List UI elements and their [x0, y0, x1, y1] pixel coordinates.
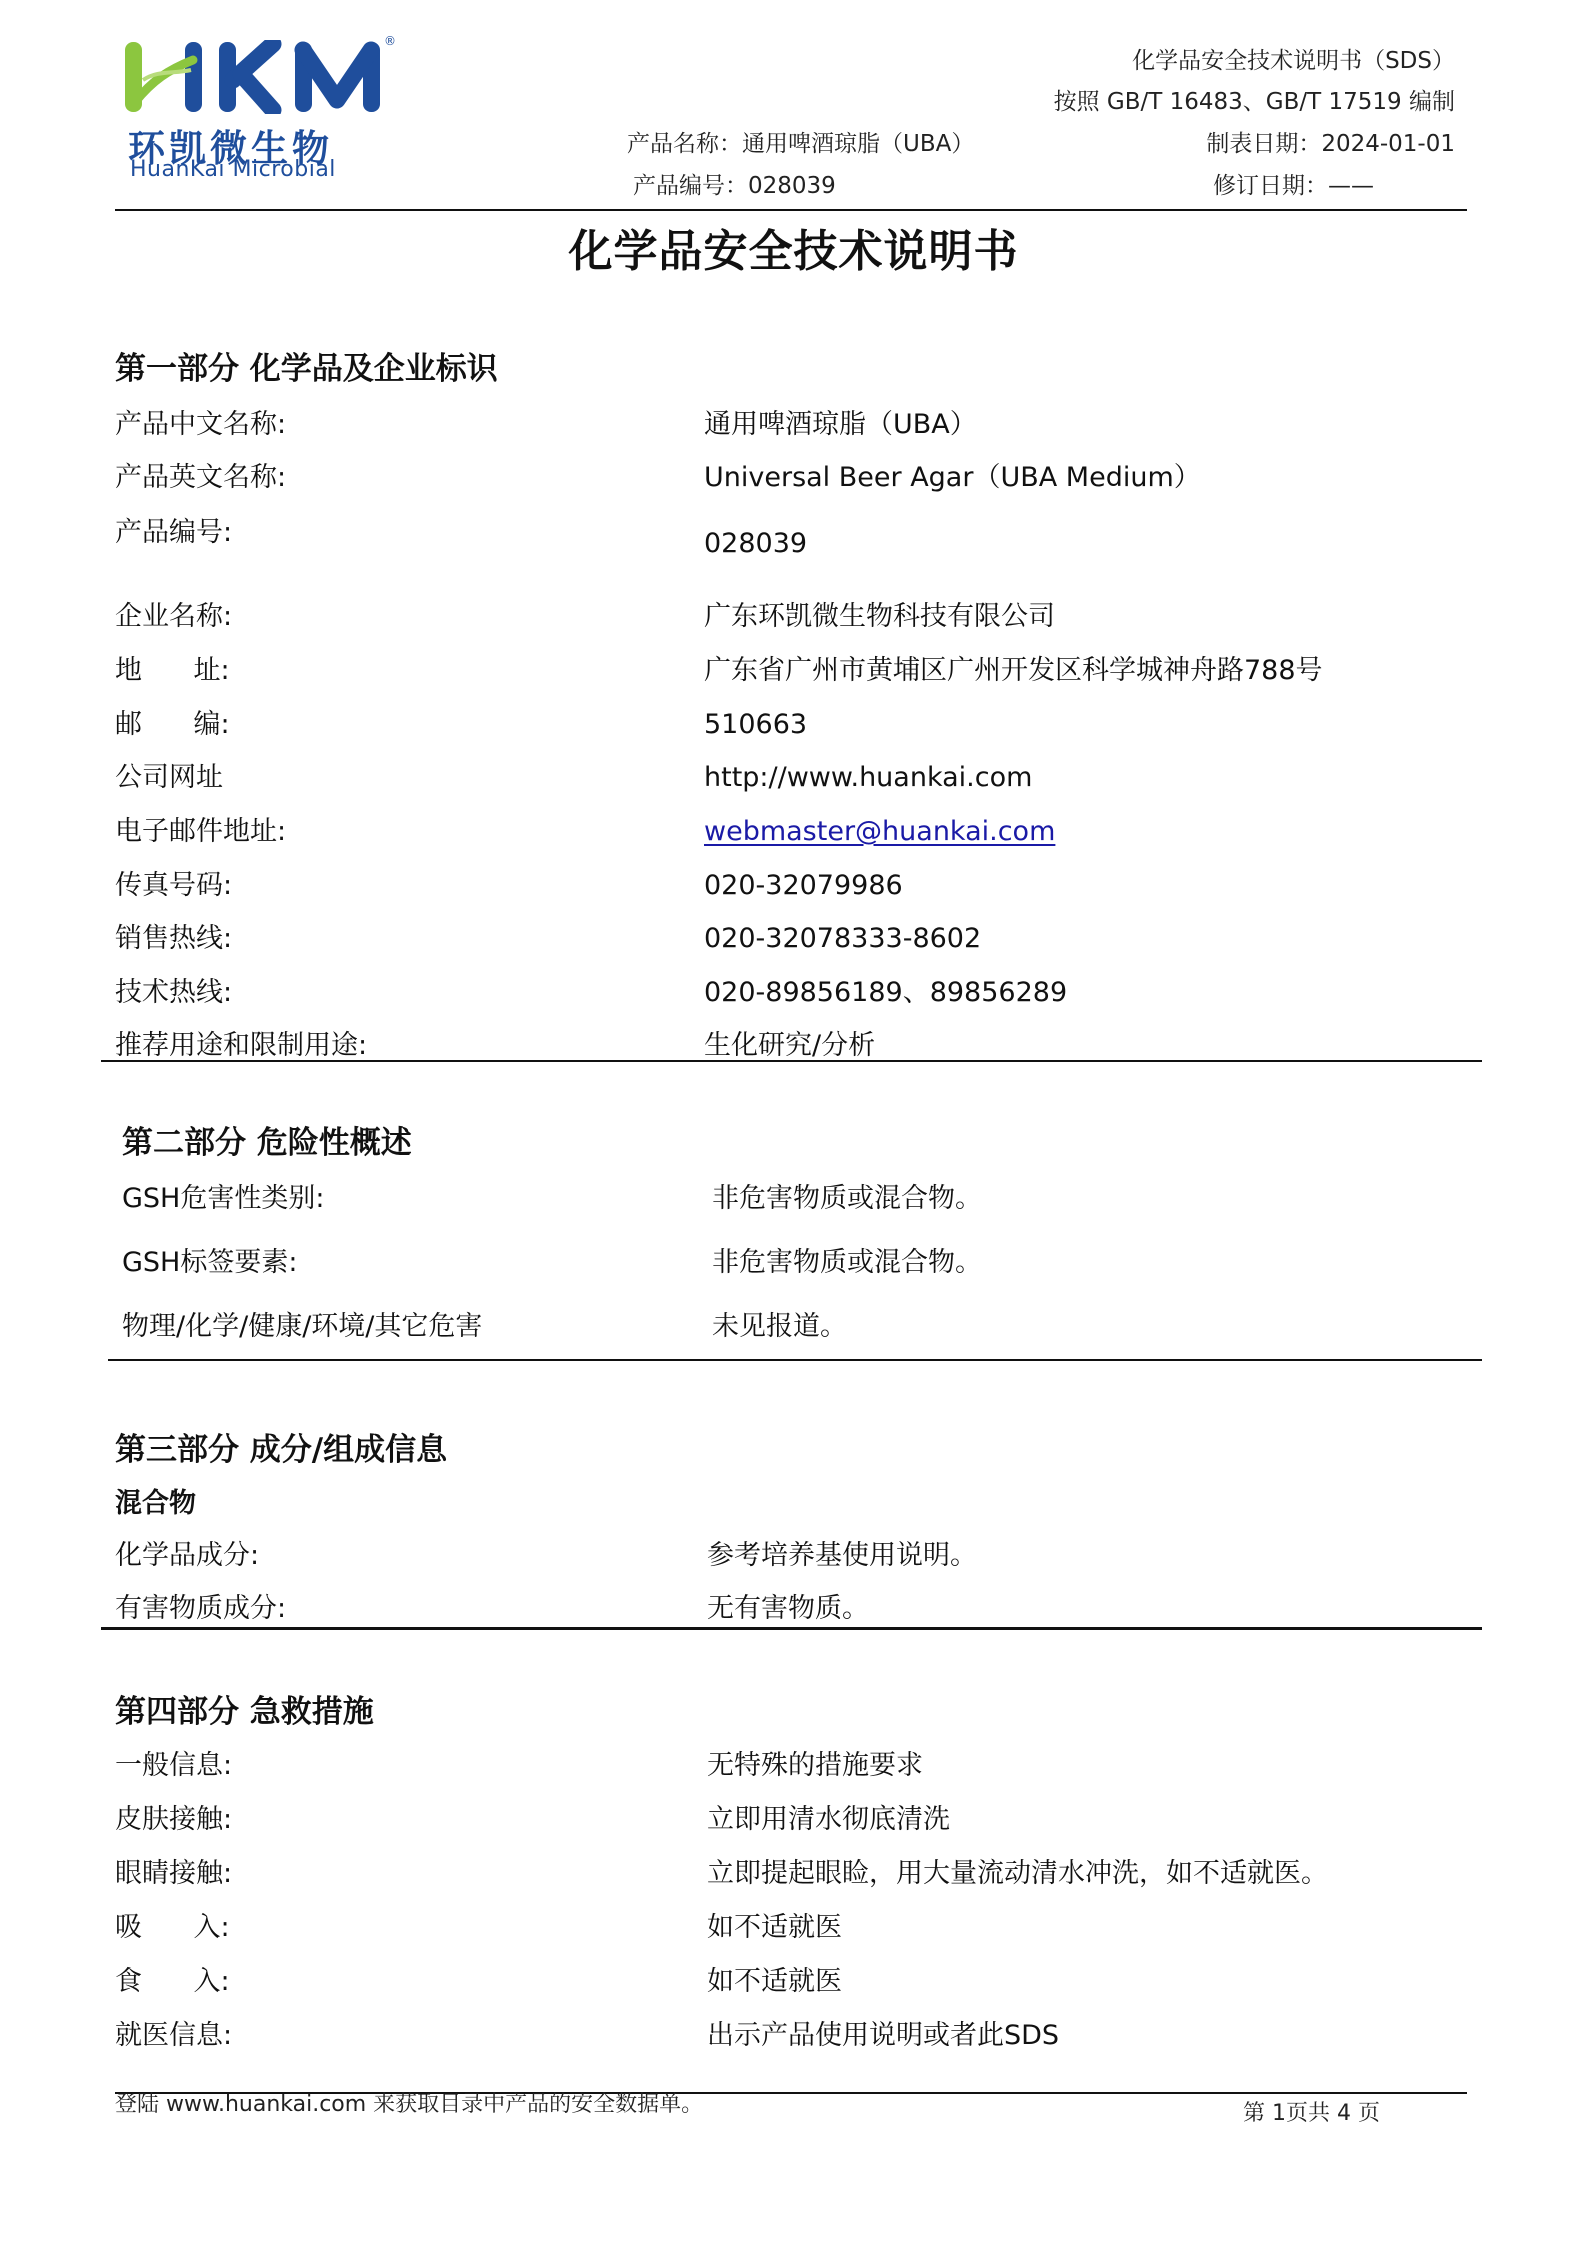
revised-date: 修订日期：——	[1213, 175, 1374, 198]
header-product-code: 产品编号：028039	[633, 175, 836, 198]
footer-note: 登陆 www.huankai.com 来获取目录中产品的安全数据单。	[115, 2094, 703, 2116]
row-value: Universal Beer Agar（UBA Medium）	[704, 464, 1201, 491]
row-value: 非危害物质或混合物。	[712, 1249, 982, 1276]
standard-label: 按照 GB/T 16483、GB/T 17519 编制	[1054, 91, 1455, 114]
row-value: 出示产品使用说明或者此SDS	[707, 2022, 1059, 2049]
row-label: 食 入:	[115, 1968, 230, 1995]
row-value: 非危害物质或混合物。	[712, 1185, 982, 1212]
row-value: 参考培养基使用说明。	[707, 1542, 977, 1569]
section-divider	[101, 1060, 1482, 1062]
section-divider	[108, 1359, 1482, 1361]
row-label: 企业名称:	[115, 603, 232, 630]
row-label: 产品编号:	[115, 519, 232, 546]
section-1-title: 第一部分 化学品及企业标识	[115, 354, 498, 385]
header-divider	[115, 209, 1467, 211]
row-label: 地 址:	[115, 657, 230, 684]
row-value: 020-32079986	[704, 872, 903, 899]
row-label: 眼睛接触:	[115, 1860, 232, 1887]
row-value: 立即用清水彻底清洗	[707, 1806, 950, 1833]
row-label: 技术热线:	[115, 979, 232, 1006]
row-value: 未见报道。	[712, 1313, 847, 1340]
row-value: 020-89856189、89856289	[704, 979, 1067, 1006]
row-label: 产品中文名称:	[115, 411, 286, 438]
row-label: 产品英文名称:	[115, 464, 286, 491]
row-label: 皮肤接触:	[115, 1806, 232, 1833]
row-value: 510663	[704, 711, 807, 738]
email-link[interactable]: webmaster@huankai.com	[704, 818, 1055, 845]
row-value: 无有害物质。	[707, 1595, 869, 1622]
made-date: 制表日期：2024-01-01	[1206, 133, 1455, 156]
page-title: 化学品安全技术说明书	[0, 230, 1587, 274]
page-number: 第 1页共 4 页	[1243, 2103, 1380, 2125]
section-2-title: 第二部分 危险性概述	[122, 1128, 412, 1159]
row-label: 电子邮件地址:	[115, 818, 286, 845]
section-3-subtitle: 混合物	[115, 1490, 196, 1517]
row-value: 如不适就医	[707, 1968, 842, 1995]
section-3-title: 第三部分 成分/组成信息	[115, 1435, 447, 1466]
logo-english-name: HuanKai Microbial	[130, 157, 336, 182]
website-link[interactable]: http://www.huankai.com	[704, 764, 1032, 791]
hkm-logo-mark-icon	[123, 40, 385, 114]
header-product-name: 产品名称：通用啤酒琼脂（UBA）	[627, 133, 974, 156]
row-value: 生化研究/分析	[704, 1032, 875, 1059]
row-label: 公司网址	[115, 764, 223, 791]
row-label: GSH危害性类别:	[122, 1185, 324, 1212]
row-value: 028039	[704, 530, 807, 557]
row-label: 销售热线:	[115, 925, 232, 952]
row-value: 无特殊的措施要求	[707, 1752, 923, 1779]
registered-mark: ®	[384, 34, 396, 48]
section-divider	[101, 1627, 1482, 1630]
row-value: 广东环凯微生物科技有限公司	[704, 603, 1055, 630]
section-4-title: 第四部分 急救措施	[115, 1697, 374, 1728]
row-label: 吸 入:	[115, 1914, 230, 1941]
row-label: 就医信息:	[115, 2022, 232, 2049]
row-label: 邮 编:	[115, 711, 230, 738]
row-value: 通用啤酒琼脂（UBA）	[704, 411, 977, 438]
row-value: 广东省广州市黄埔区广州开发区科学城神舟路788号	[704, 657, 1323, 684]
row-label: 物理/化学/健康/环境/其它危害	[122, 1313, 482, 1340]
row-label: 一般信息:	[115, 1752, 232, 1779]
row-value: 立即提起眼睑，用大量流动清水冲洗，如不适就医。	[707, 1860, 1328, 1887]
row-value: 020-32078333-8602	[704, 925, 981, 952]
doc-type-label: 化学品安全技术说明书（SDS）	[1132, 50, 1455, 73]
row-label: GSH标签要素:	[122, 1249, 297, 1276]
row-label: 化学品成分:	[115, 1542, 259, 1569]
row-label: 推荐用途和限制用途:	[115, 1032, 367, 1059]
row-label: 传真号码:	[115, 872, 232, 899]
row-label: 有害物质成分:	[115, 1595, 286, 1622]
row-value: 如不适就医	[707, 1914, 842, 1941]
